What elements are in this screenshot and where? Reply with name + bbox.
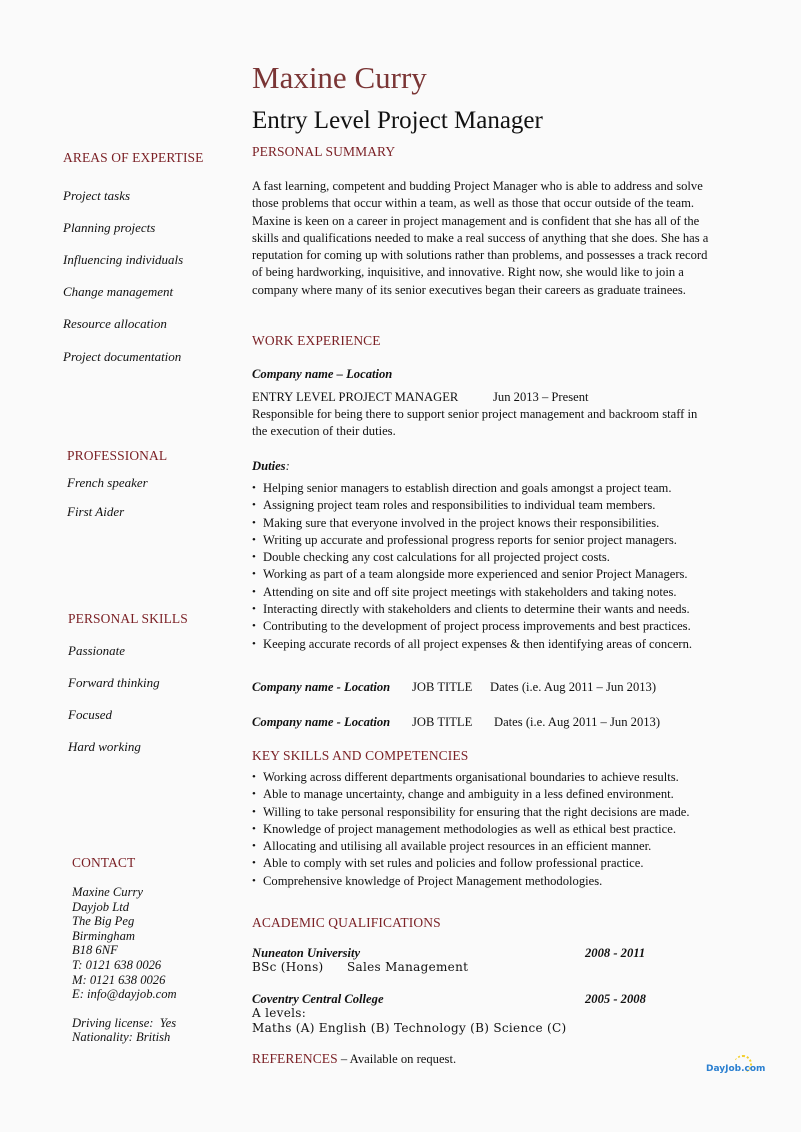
key-skill-item: Willing to take personal responsibility … [252,804,690,821]
degree-subject: Sales Management [347,960,468,974]
summary-heading: PERSONAL SUMMARY [252,144,395,160]
contact-email[interactable]: E: info@dayjob.com [72,987,177,1002]
contact-heading: CONTACT [72,855,135,871]
nationality: Nationality: British [72,1030,177,1045]
previous-job-title: JOB TITLE [412,679,472,696]
key-skill-item: Able to manage uncertainty, change and a… [252,786,690,803]
duty-item: Writing up accurate and professional pro… [252,532,692,549]
duties-label-text: Duties [252,459,286,473]
previous-job-title: JOB TITLE [412,714,472,731]
personal-skill-item: Focused [68,707,112,723]
professional-item: French speaker [67,475,148,491]
contact-city: Birmingham [72,929,177,944]
contact-address-line: The Big Peg [72,914,177,929]
a-levels-label: A levels: [252,1006,306,1020]
expertise-item: Project documentation [63,349,181,365]
key-skills-heading: KEY SKILLS AND COMPETENCIES [252,748,468,764]
academic-heading: ACADEMIC QUALIFICATIONS [252,915,441,931]
previous-job-dates: Dates (i.e. Aug 2011 – Jun 2013) [490,679,656,696]
current-job-dates: Jun 2013 – Present [493,389,589,406]
previous-job-dates: Dates (i.e. Aug 2011 – Jun 2013) [494,714,660,731]
key-skill-item: Working across different departments org… [252,769,690,786]
previous-company: Company name - Location [252,679,390,696]
expertise-heading: AREAS OF EXPERTISE [63,150,204,166]
duty-item: Assigning project team roles and respons… [252,497,692,514]
personal-skills-heading: PERSONAL SKILLS [68,611,188,627]
personal-skill-item: Hard working [68,739,141,755]
contact-postcode: B18 6NF [72,943,177,958]
key-skill-item: Knowledge of project management methodol… [252,821,690,838]
candidate-name: Maxine Curry [252,62,427,93]
personal-skill-item: Passionate [68,643,125,659]
contact-block: Maxine Curry Dayjob Ltd The Big Peg Birm… [72,885,177,1045]
key-skill-item: Comprehensive knowledge of Project Manag… [252,873,690,890]
references-text: – Available on request. [338,1052,456,1066]
driving-license: Driving license: Yes [72,1016,177,1031]
duty-item: Attending on site and off site project m… [252,584,692,601]
expertise-item: Resource allocation [63,316,167,332]
duty-item: Double checking any cost calculations fo… [252,549,692,566]
key-skill-item: Able to comply with set rules and polici… [252,855,690,872]
duties-colon: : [286,459,290,473]
expertise-item: Influencing individuals [63,252,183,268]
duties-label: Duties: [252,458,290,475]
personal-skill-item: Forward thinking [68,675,160,691]
a-levels-grades: Maths (A) English (B) Technology (B) Sci… [252,1021,566,1035]
institution-dates: 2008 - 2011 [585,945,645,962]
key-skills-list: Working across different departments org… [252,769,690,890]
current-job-title: ENTRY LEVEL PROJECT MANAGER [252,389,458,406]
work-experience-heading: WORK EXPERIENCE [252,333,381,349]
previous-company: Company name - Location [252,714,390,731]
professional-heading: PROFESSIONAL [67,448,167,464]
key-skill-item: Allocating and utilising all available p… [252,838,690,855]
contact-name: Maxine Curry [72,885,177,900]
duty-item: Contributing to the development of proje… [252,618,692,635]
references-heading: REFERENCES [252,1051,338,1066]
duty-item: Helping senior managers to establish dir… [252,480,692,497]
references-line: REFERENCES – Available on request. [252,1050,456,1068]
current-company: Company name – Location [252,366,392,383]
duty-item: Working as part of a team alongside more… [252,566,692,583]
job-title-heading: Entry Level Project Manager [252,108,543,133]
duty-item: Keeping accurate records of all project … [252,636,692,653]
duty-item: Interacting directly with stakeholders a… [252,601,692,618]
contact-telephone: T: 0121 638 0026 [72,958,177,973]
expertise-item: Planning projects [63,220,155,236]
summary-text: A fast learning, competent and budding P… [252,178,712,299]
contact-company: Dayjob Ltd [72,900,177,915]
contact-mobile: M: 0121 638 0026 [72,973,177,988]
duty-item: Making sure that everyone involved in th… [252,515,692,532]
duties-list: Helping senior managers to establish dir… [252,480,692,653]
dayjob-logo[interactable]: DayJob.com [706,1064,765,1074]
institution-dates: 2005 - 2008 [585,991,646,1008]
professional-item: First Aider [67,504,124,520]
expertise-item: Project tasks [63,188,130,204]
degree: BSc (Hons) [252,960,324,974]
expertise-item: Change management [63,284,173,300]
current-job-description: Responsible for being there to support s… [252,406,712,441]
